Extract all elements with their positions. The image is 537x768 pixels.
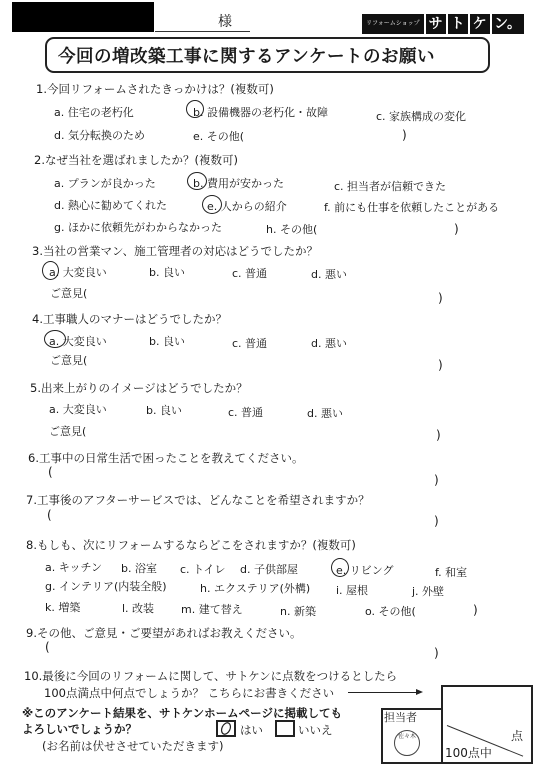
q2-option-d[interactable]: d. 熱心に勧めてくれた [54, 197, 167, 213]
question-9: 9.その他、ご意見・ご要望があればお教えください。 [26, 625, 301, 641]
q3-a-selected-circle [42, 261, 59, 280]
staff-stamp: 佐々木 [394, 730, 420, 756]
question-2: 2.なぜ当社を選ばれましたか？(複数可) [34, 152, 238, 168]
question-8: 8.もしも、次にリフォームするならどこをされますか？(複数可) [26, 537, 356, 553]
q1-close-paren: ) [402, 128, 407, 142]
q2-option-f[interactable]: f. 前にも仕事を依頼したことがある [324, 199, 499, 215]
consent-no-label: いいえ [298, 722, 333, 738]
question-10: 10.最後に今回のリフォームに関して、サトケンに点数をつけるとしたら [24, 668, 397, 684]
consent-yes-checkbox[interactable] [216, 720, 236, 737]
q5-option-d[interactable]: d. 悪い [307, 405, 343, 421]
q3-comment-label[interactable]: ご意見( [50, 285, 87, 301]
q8-option-o[interactable]: o. その他( [365, 603, 416, 619]
q4-close-paren: ) [438, 358, 443, 372]
consent-no-checkbox[interactable] [275, 720, 295, 737]
logo-subtitle: リフォームショップ [362, 14, 424, 34]
q8-option-a[interactable]: a. キッチン [45, 559, 102, 575]
redacted-name [12, 2, 154, 32]
q2-option-a[interactable]: a. プランが良かった [54, 175, 156, 191]
q1-option-e[interactable]: e. その他( [193, 128, 244, 144]
q2-option-g[interactable]: g. ほかに依頼先がわからなかった [54, 219, 222, 235]
q5-close-paren: ) [436, 428, 441, 442]
q8-option-j[interactable]: j. 外壁 [412, 583, 444, 599]
question-7: 7.工事後のアフターサービスでは、どんなことを希望されますか？ [26, 492, 370, 508]
q5-option-a[interactable]: a. 大変良い [49, 401, 107, 417]
question-3: 3.当社の営業マン、施工管理者の対応はどうでしたか？ [32, 243, 318, 259]
consent-line-3: (お名前は伏せさせていただきます) [42, 738, 223, 754]
q4-option-c[interactable]: c. 普通 [232, 335, 267, 351]
logo-char-1: サ [426, 14, 446, 34]
question-6: 6.工事中の日常生活で困ったことを教えてください。 [28, 450, 303, 466]
q4-a-selected-circle [44, 330, 66, 348]
q4-option-d[interactable]: d. 悪い [311, 335, 347, 351]
check-mark-icon [218, 722, 234, 735]
q8-option-g[interactable]: g. インテリア(内装全般) [45, 578, 167, 594]
logo-char-2: ト [448, 14, 468, 34]
q8-close-paren: ) [473, 603, 478, 617]
q3-option-d[interactable]: d. 悪い [311, 266, 347, 282]
q8-option-m[interactable]: m. 建て替え [181, 601, 243, 617]
q2-option-c[interactable]: c. 担当者が信頼できた [334, 178, 446, 194]
q4-option-b[interactable]: b. 良い [149, 333, 185, 349]
q8-option-l[interactable]: l. 改装 [122, 600, 154, 616]
q5-option-c[interactable]: c. 普通 [228, 404, 263, 420]
q8-option-b[interactable]: b. 浴室 [121, 560, 157, 576]
q1-option-c[interactable]: c. 家族構成の変化 [376, 108, 466, 124]
score-max-label: 100点中 [445, 744, 492, 761]
q6-close-paren: ) [434, 473, 439, 487]
q5-option-b[interactable]: b. 良い [146, 402, 182, 418]
question-5: 5.出来上がりのイメージはどうでしたか？ [30, 380, 248, 396]
q4-comment-label[interactable]: ご意見( [50, 352, 87, 368]
question-4: 4.工事職人のマナーはどうでしたか？ [32, 311, 227, 327]
q8-option-h[interactable]: h. エクステリア(外構) [200, 580, 310, 596]
q9-open-paren[interactable]: ( [45, 640, 50, 654]
q1-option-b[interactable]: b. 設備機器の老朽化・故障 [193, 104, 328, 120]
q9-close-paren: ) [434, 646, 439, 660]
q6-open-paren[interactable]: ( [48, 465, 53, 479]
q5-comment-label[interactable]: ご意見( [49, 423, 86, 439]
recipient-suffix: 様 [218, 11, 232, 31]
q8-option-n[interactable]: n. 新築 [280, 603, 316, 619]
company-logo: リフォームショップ サ ト ケ ン。 [362, 14, 524, 34]
q7-close-paren: ) [434, 514, 439, 528]
q2-b-selected-circle [187, 172, 207, 190]
q8-option-f[interactable]: f. 和室 [435, 564, 467, 580]
logo-char-3: ケ [470, 14, 490, 34]
q3-option-c[interactable]: c. 普通 [232, 265, 267, 281]
q2-e-selected-circle [202, 195, 222, 214]
q8-option-k[interactable]: k. 増築 [45, 599, 80, 615]
arrow-right-icon [416, 689, 423, 695]
q3-close-paren: ) [438, 291, 443, 305]
page-title: 今回の増改築工事に関するアンケートのお願い [58, 43, 435, 68]
name-underline [155, 31, 250, 32]
arrow-line [348, 692, 418, 693]
consent-line-1: ※このアンケート結果を、サトケンホームページに掲載しても [22, 705, 342, 721]
q1-option-a[interactable]: a. 住宅の老朽化 [54, 104, 134, 120]
q2-option-h[interactable]: h. その他( [266, 221, 317, 237]
staff-label: 担当者 [384, 709, 417, 725]
q8-option-c[interactable]: c. トイレ [180, 561, 226, 577]
q1-option-d[interactable]: d. 気分転換のため [54, 127, 145, 143]
q3-option-b[interactable]: b. 良い [149, 264, 185, 280]
score-unit: 点 [511, 727, 523, 744]
q2-close-paren: ) [454, 222, 459, 236]
q1-b-selected-circle [186, 100, 204, 118]
question-10-line2: 100点満点中何点でしょうか？ こちらにお書きください [44, 685, 334, 701]
q7-open-paren[interactable]: ( [47, 508, 52, 522]
q8-option-i[interactable]: i. 屋根 [336, 582, 368, 598]
consent-line-2: よろしいでしょうか？ [22, 721, 137, 737]
question-1: 1.今回リフォームされたきっかけは？(複数可) [36, 81, 274, 97]
q8-option-d[interactable]: d. 子供部屋 [240, 561, 298, 577]
logo-char-4: ン。 [492, 14, 524, 34]
consent-yes-label: はい [240, 722, 263, 738]
q8-e-selected-circle [331, 558, 349, 577]
